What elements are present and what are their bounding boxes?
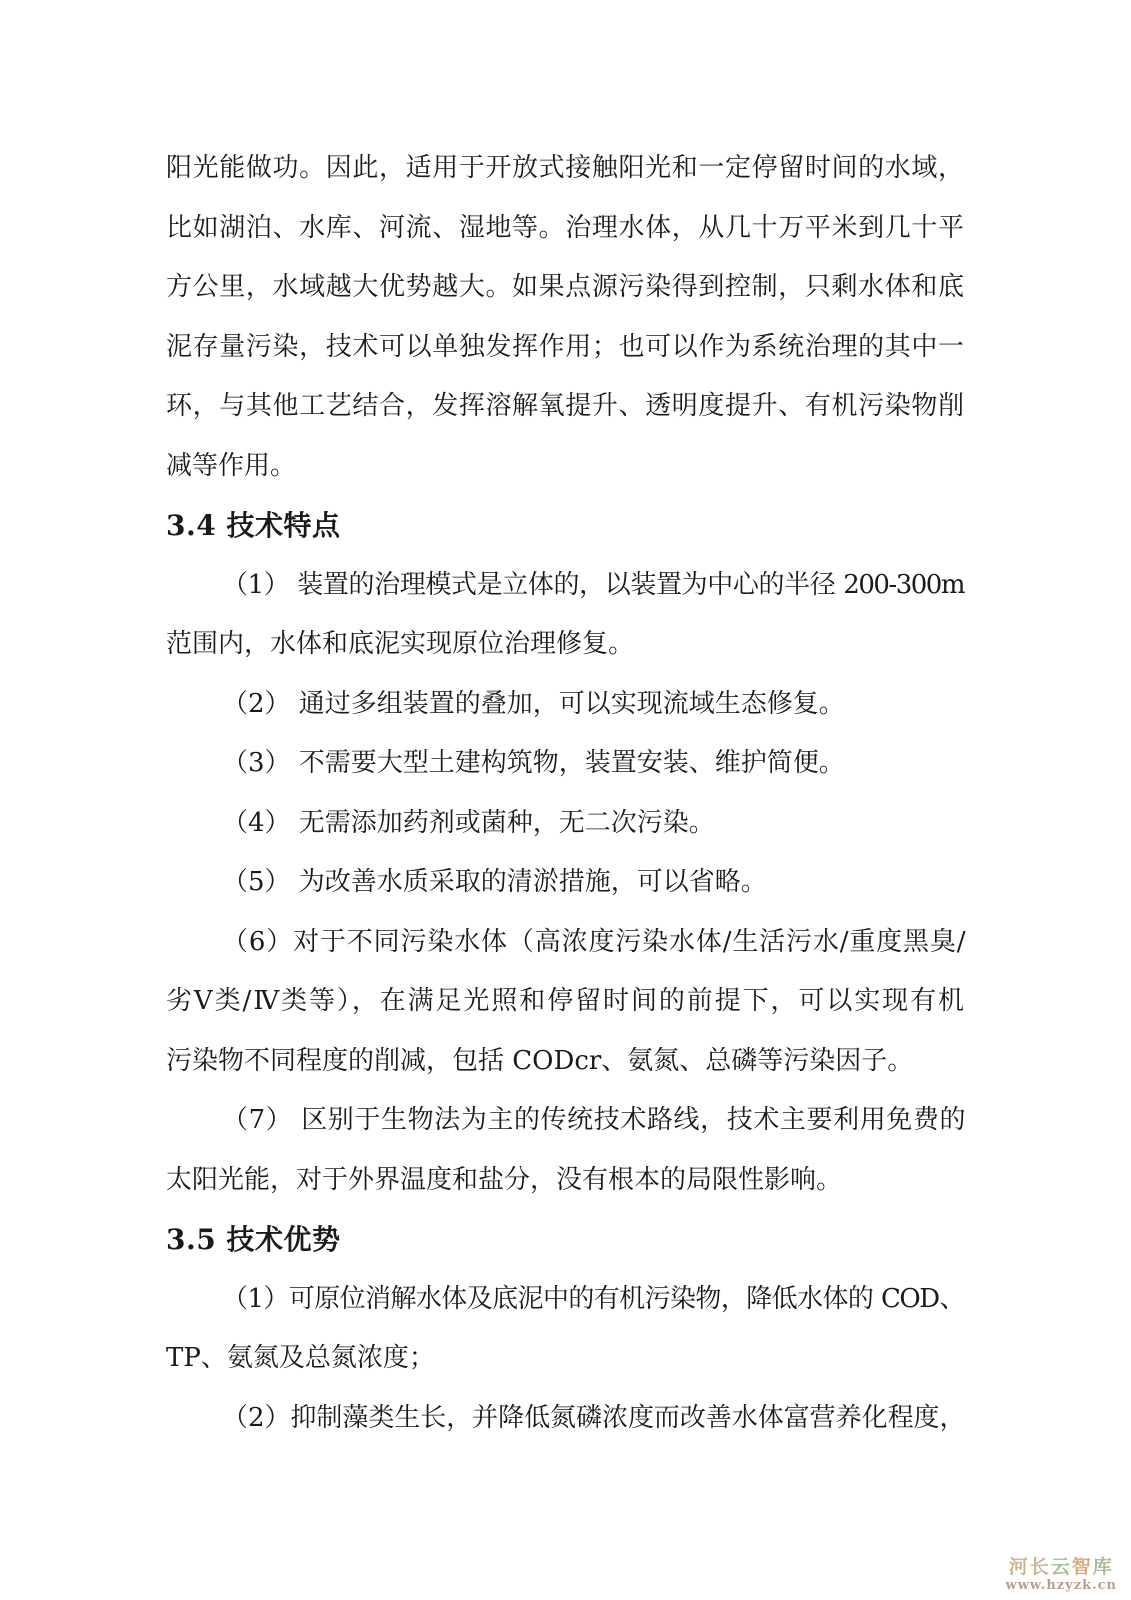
document-body: 阳光能做功。因此，适用于开放式接触阳光和一定停留时间的水域， 比如湖泊、水库、河…: [166, 139, 964, 1448]
document-page: 阳光能做功。因此，适用于开放式接触阳光和一定停留时间的水域， 比如湖泊、水库、河…: [0, 0, 1131, 1600]
document-line: TP、氨氮及总氮浓度；: [166, 1329, 964, 1389]
document-line-item-6: （6）对于不同污染水体（高浓度污染水体/生活污水/重度黑臭/: [166, 913, 964, 973]
watermark-title-char: 云: [1051, 1556, 1072, 1578]
document-line: 减等作用。: [166, 437, 964, 497]
watermark-title-char: 库: [1093, 1556, 1114, 1578]
watermark-title-char: 河: [1009, 1556, 1030, 1578]
watermark-title-char: 长: [1030, 1556, 1051, 1578]
watermark-title: 河长云智库: [1006, 1557, 1117, 1579]
document-line: 污染物不同程度的削减，包括 CODcr、氨氮、总磷等污染因子。: [166, 1032, 964, 1092]
document-line: 环，与其他工艺结合，发挥溶解氧提升、透明度提升、有机污染物削: [166, 377, 964, 437]
document-line-item-1: （1） 装置的治理模式是立体的，以装置为中心的半径 200-300m: [166, 556, 964, 616]
watermark-title-char: 智: [1072, 1556, 1093, 1578]
document-line: 太阳光能，对于外界温度和盐分，没有根本的局限性影响。: [166, 1151, 964, 1211]
document-line-item-4: （4） 无需添加药剂或菌种，无二次污染。: [166, 794, 964, 854]
document-line: 泥存量污染，技术可以单独发挥作用；也可以作为系统治理的其中一: [166, 318, 964, 378]
document-line: 阳光能做功。因此，适用于开放式接触阳光和一定停留时间的水域，: [166, 139, 964, 199]
document-line: 方公里，水域越大优势越大。如果点源污染得到控制，只剩水体和底: [166, 258, 964, 318]
document-line: 比如湖泊、水库、河流、湿地等。治理水体，从几十万平米到几十平: [166, 199, 964, 259]
watermark-url: www.hzyzk.cn: [1006, 1579, 1117, 1594]
document-line-item-5: （5） 为改善水质采取的清淤措施，可以省略。: [166, 853, 964, 913]
document-line: 劣Ⅴ类/Ⅳ类等），在满足光照和停留时间的前提下，可以实现有机: [166, 972, 964, 1032]
section-heading-3-4: 3.4 技术特点: [166, 496, 964, 556]
section-heading-3-5: 3.5 技术优势: [166, 1210, 964, 1270]
document-line-item-3: （3） 不需要大型土建构筑物，装置安装、维护简便。: [166, 734, 964, 794]
document-line: 范围内，水体和底泥实现原位治理修复。: [166, 615, 964, 675]
document-line-item-7: （7） 区别于生物法为主的传统技术路线，技术主要利用免费的: [166, 1091, 964, 1151]
document-line-item-2: （2）抑制藻类生长，并降低氮磷浓度而改善水体富营养化程度，: [166, 1389, 964, 1449]
document-line-item-1: （1）可原位消解水体及底泥中的有机污染物，降低水体的 COD、: [166, 1270, 964, 1330]
watermark: 河长云智库 www.hzyzk.cn: [1006, 1557, 1117, 1594]
document-line-item-2: （2） 通过多组装置的叠加，可以实现流域生态修复。: [166, 675, 964, 735]
